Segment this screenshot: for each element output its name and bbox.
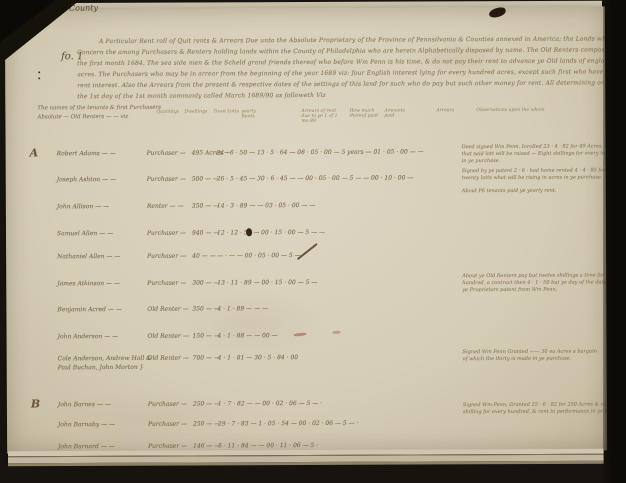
table-row: Cole Anderson, Andrew Hall & Paul Buchan… (58, 353, 478, 365)
paper-sheet: fo. 1 A Particular Rent roll of Quit ren… (5, 6, 607, 453)
margin-observation: About ye Old Renters pay but twelve shil… (462, 272, 607, 279)
land-quantity: 500 — — (192, 175, 219, 182)
tenant-name: Nathaniel Allen — — (57, 253, 120, 260)
column-header: Quantitys (156, 110, 182, 115)
margin-observation: shilling for every hundred, & rent in pe… (463, 408, 607, 415)
table-row: Benjamin Acred — — Old Renter — 350 — — … (57, 304, 477, 316)
rent-figures: 29 · 7 · 83 — 1 · 05 · 54 — 00 · 02 · 06… (218, 420, 358, 428)
tenant-name-second-line: Paul Buchan, John Morton } (58, 364, 144, 371)
land-quantity: 250 — — (193, 420, 220, 427)
land-quantity: 940 — — (192, 229, 219, 236)
rent-figures: 1 · 7 · 82 — — 00 · 02 · 06 — 5 — · (218, 400, 322, 408)
section-letter: B (31, 397, 40, 410)
column-header: Town Lotts (213, 109, 239, 114)
table-row: Samuel Allen — — Purchaser — 940 — — 12 … (57, 228, 477, 240)
rent-figures: 4 · 1 · 88 — — 00 — (218, 332, 278, 339)
land-quantity: 350 — — (192, 202, 219, 209)
tenant-name: John Allison — — (57, 203, 109, 210)
tenure-type: Purchaser — (148, 443, 187, 450)
tenant-name: John Anderson — — (58, 333, 119, 340)
names-column-subheader: Absolute — Old Renters — — viz (37, 114, 128, 120)
intro-line: acres. The Purchasers who may be in arre… (77, 68, 607, 78)
tenant-name: Joseph Ashton — — (57, 176, 116, 183)
rent-figures: 4 · 1 · 89 — — — (217, 305, 267, 312)
rent-figures: — · — — 00 · 05 · 00 — 5 — (217, 252, 300, 259)
table-row: Joseph Ashton — — Purchaser — 500 — — 26… (57, 174, 477, 186)
land-quantity: 350 — — (192, 305, 219, 312)
tenant-name: Samuel Allen — — (57, 230, 113, 237)
column-header: yearly Rents (241, 109, 269, 119)
tenure-type: Old Renter — (148, 355, 189, 362)
table-row: John Barnes — — Purchaser — 250 — — 1 · … (58, 399, 478, 411)
rent-figures: 12 · 12 · 59 — 00 · 15 · 00 — 5 — — (217, 229, 325, 237)
table-row: John Anderson — — Old Renter — 150 — — 4… (58, 331, 478, 343)
column-header: Dwellings (184, 109, 210, 114)
document-scan: fo. 1 A Particular Rent roll of Quit ren… (0, 0, 626, 483)
margin-observation: ye Proprietors patent from Wm Penn. (462, 287, 557, 293)
rent-figures: 24 · 6 · 50 — 13 · 5 · 64 — 08 · 05 · 00… (217, 148, 424, 156)
scan-background-edge (603, 0, 626, 483)
intro-line: the 1st day of the 1st month commonly ca… (77, 92, 326, 100)
tenure-type: Old Renter — (148, 333, 189, 340)
column-header: How much thereof paid (349, 109, 379, 119)
margin-observation: Deed signed Wm Penn, Inrolled 23 · 4 · 8… (462, 143, 608, 150)
margin-observation: of which the thirty is made in ye purcha… (463, 356, 572, 363)
table-row: Robert Adams — — Purchaser — 495 Acres —… (57, 148, 477, 160)
tenure-type: Old Renter — (147, 306, 188, 313)
table-row: James Atkinson — — Purchaser — 300 — — 1… (57, 278, 477, 290)
tenure-type: Renter — — (147, 203, 184, 210)
intro-line: A Particular Rent roll of Quit rents & A… (99, 35, 607, 45)
rent-figures: 4 · 1 · 81 — 30 · 5 · 84 · 00 (218, 354, 298, 361)
land-quantity: 300 — — (192, 279, 219, 286)
margin-observation: hundred, a contract then 4 · 1 · 50 but … (462, 279, 607, 286)
table-row: Nathaniel Allen — — Purchaser — 40 — — —… (57, 251, 477, 263)
tenant-name: James Atkinson — — (57, 280, 120, 287)
rent-figures: 26 · 5 · 45 — 30 · 6 · 45 — — 00 · 05 · … (217, 174, 414, 182)
intro-line: Concern the among Purchasers & Renters h… (77, 46, 607, 56)
tenant-name: John Barnard — — (58, 443, 115, 450)
tenant-name: John Barnes — — (58, 401, 111, 408)
land-quantity: 150 — — (193, 332, 220, 339)
table-row: John Allison — — Renter — — 350 — — 14 ·… (57, 201, 477, 213)
intro-line: rent interest. Also the Arrears from the… (77, 79, 607, 89)
land-quantity: 40 — — (192, 252, 215, 259)
land-quantity: 146 — — (193, 442, 220, 449)
table-row: John Barnaby — — Purchaser — 250 — — 29 … (58, 419, 478, 431)
tenant-name: Cole Anderson, Andrew Hall & (58, 355, 152, 362)
ink-blot (246, 228, 252, 236)
margin-observation: Signed Wm Penn Granted —— 30 ea Acres a … (463, 348, 597, 355)
land-quantity: 250 — — (193, 400, 220, 407)
ink-blot (488, 6, 507, 18)
rent-figures: 5 · 11 · 84 — — 00 · 11 · 06 — 5 · (218, 442, 318, 450)
land-quantity: 700 — — (193, 354, 220, 361)
tenant-name: Benjamin Acred — — (57, 306, 121, 313)
margin-observation: About P6 tenants paid ye yearly rent. (462, 188, 557, 194)
ink-dots-mark (38, 71, 40, 73)
tenure-type: Purchaser — (147, 280, 186, 287)
intro-line: the first month 1684. The sea side men &… (77, 57, 607, 67)
margin-observation: Signed by ye patent 2 · 6 · had home ren… (462, 167, 606, 174)
column-header: Arrears of rent due to ye 1 of 1 mo 89 (301, 109, 345, 124)
column-header: Arrears (436, 108, 460, 113)
tenure-type: Purchaser — (147, 150, 186, 157)
tenure-type: Purchaser — (148, 401, 187, 408)
tenure-type: Purchaser — (148, 421, 187, 428)
tenure-type: Purchaser — (147, 230, 186, 237)
margin-observation: Signed Wm Penn, Granted 25 · 6 · 82 for … (463, 401, 607, 408)
names-column-header: The names of the tenants & first Purchas… (37, 105, 161, 112)
tenure-type: Purchaser — (147, 176, 186, 183)
tenure-type: Purchaser — (147, 253, 186, 260)
column-header: Observations upon the whole (476, 107, 596, 113)
paper-stain (47, 388, 247, 449)
section-letter: A (30, 146, 39, 159)
column-header: Amounts paid (384, 108, 414, 118)
rent-figures: 13 · 11 · 89 — 00 · 15 · 00 — 5 — (217, 279, 317, 287)
margin-observation: twenty lotts what will be rising in acre… (462, 174, 603, 181)
margin-observation: that said lott will be raised — Eight sh… (462, 150, 608, 157)
paper-stain (176, 288, 326, 359)
tenant-name: John Barnaby — — (58, 421, 115, 428)
tenant-name: Robert Adams — — (57, 150, 116, 157)
rent-figures: 14 · 3 · 89 — — 03 · 05 · 00 — — (217, 202, 315, 210)
margin-observation: in ye purchase. (462, 158, 501, 164)
